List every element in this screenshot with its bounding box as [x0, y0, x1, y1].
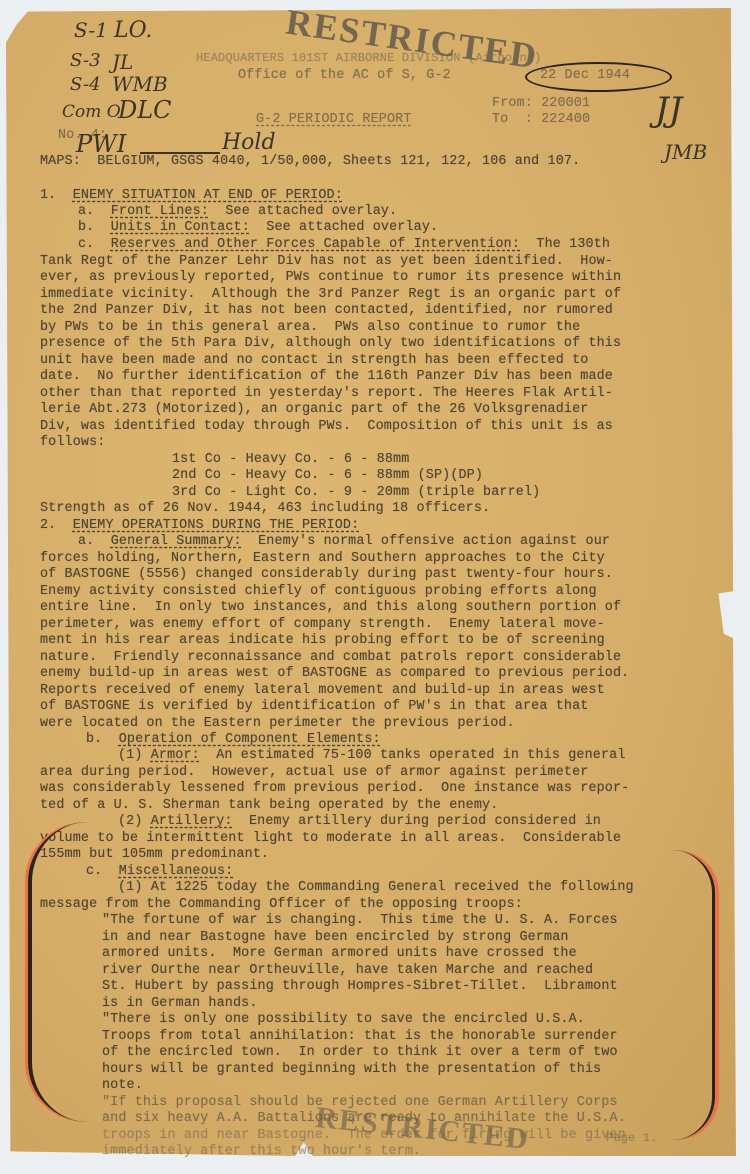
signature-right: JJ — [655, 90, 682, 130]
reserves-text: The 130th — [536, 237, 610, 252]
general-summary-text: Enemy's normal offensive action against … — [258, 534, 610, 549]
initials-s4: WMB — [112, 72, 168, 96]
hold-note: Hold — [222, 130, 276, 155]
page-number: Page 1. — [606, 1130, 657, 1147]
units-contact-label: Units in Contact: — [111, 220, 250, 235]
quote-line: of the encircled town. In order to think… — [102, 1045, 618, 1062]
artillery-label: Artillery: — [151, 814, 233, 829]
hold-underline — [140, 152, 220, 154]
units-contact-text: See attached overlay. — [266, 220, 438, 235]
reserves-line: ever, as previously reported, PWs contin… — [40, 270, 621, 287]
reserves-line: date. No further identification of the 1… — [40, 369, 613, 386]
armor-line: ted of a U. S. Sherman tank being operat… — [40, 798, 498, 815]
quote-line: "There is only one possibility to save t… — [102, 1012, 585, 1029]
from-line: From: 220001 — [492, 96, 590, 113]
quote-line: in and near Bastogne have been encircled… — [102, 930, 569, 947]
operation-components-label: Operation of Component Elements: — [119, 732, 381, 747]
section-1c: c. Reserves and Other Forces Capable of … — [78, 237, 610, 254]
front-lines-label: Front Lines: — [111, 204, 209, 219]
routing-s3: S-3 — [70, 50, 101, 71]
reserves-line: presence of the 5th Para Div, although o… — [40, 336, 621, 353]
section-2a: a. General Summary: Enemy's normal offen… — [78, 534, 610, 551]
summary-line: Enemy activity consisted chiefly of cont… — [40, 584, 597, 601]
routing-com-o: Com O — [62, 102, 121, 122]
section-2-heading-row: 2. ENEMY OPERATIONS DURING THE PERIOD: — [40, 518, 359, 535]
section-1b: b. Units in Contact: See attached overla… — [78, 220, 438, 237]
routing-s1: S-1 — [74, 18, 108, 42]
quote-line: is in German hands. — [102, 996, 258, 1013]
company-line: 3rd Co - Light Co. - 9 - 20mm (triple ba… — [172, 485, 540, 502]
armor-text: An estimated 75-100 tanks operated in th… — [216, 748, 625, 763]
quote-line: troops in and near Bastogne. The order f… — [102, 1128, 626, 1145]
reserves-label: Reserves and Other Forces Capable of Int… — [111, 237, 520, 252]
reserves-line: unit have been made and no contact in st… — [40, 353, 588, 370]
quote-line: armored units. More German armored units… — [102, 946, 577, 963]
quote-line: hours will be granted beginning with the… — [102, 1062, 601, 1079]
section-1-heading: ENEMY SITUATION AT END OF PERIOD: — [73, 188, 343, 203]
initials-s1: LO. — [114, 18, 152, 43]
reserves-line: by PWs to be in this general area. PWs a… — [40, 320, 580, 337]
routing-s4: S-4 — [70, 74, 101, 95]
reserves-line: immediate vicinity. Although the 3rd Pan… — [40, 287, 621, 304]
reserves-line: other than that reported in yesterday's … — [40, 386, 613, 403]
operation-components-row: b. Operation of Component Elements: — [86, 732, 381, 749]
artillery-row: (2) Artillery: Enemy artillery during pe… — [118, 814, 601, 831]
report-title: G-2 PERIODIC REPORT — [256, 112, 412, 129]
quote-line: immediately after this two hour's term. — [102, 1144, 421, 1161]
reserves-line: the 2nd Panzer Div, it has not been cont… — [40, 303, 613, 320]
front-lines-text: See attached overlay. — [225, 204, 397, 219]
strength-line: Strength as of 26 Nov. 1944, 463 includi… — [40, 501, 490, 518]
summary-line: of BASTOGNE (5556) changed considerably … — [40, 567, 613, 584]
summary-line: enemy build-up in areas west of BASTOGNE… — [40, 666, 629, 683]
company-line: 2nd Co - Heavy Co. - 6 - 88mm (SP)(DP) — [172, 468, 483, 485]
miscellaneous-row: c. Miscellaneous: — [86, 864, 233, 881]
artillery-text: Enemy artillery during period considered… — [249, 814, 601, 829]
quote-line: river Ourthe near Ortheuville, have take… — [102, 963, 593, 980]
org-line: HEADQUARTERS 101ST AIRBORNE DIVISION (Ai… — [196, 50, 542, 67]
section-1-heading-row: 1. ENEMY SITUATION AT END OF PERIOD: — [40, 188, 343, 205]
misc-line: message from the Commanding Officer of t… — [40, 897, 523, 914]
summary-line: nature. Friendly reconnaissance and comb… — [40, 650, 621, 667]
summary-line: ment in his rear areas indicate his prob… — [40, 633, 605, 650]
summary-line: were located on the Eastern perimeter th… — [40, 716, 515, 733]
initials-right: JMB — [664, 140, 707, 164]
to-line: To : 222400 — [492, 112, 590, 129]
summary-line: forces holding, Northern, Eastern and So… — [40, 551, 605, 568]
margin-bracket-left — [28, 822, 92, 1122]
section-2-heading: ENEMY OPERATIONS DURING THE PERIOD: — [73, 518, 360, 533]
misc-line: (1) At 1225 today the Commanding General… — [118, 880, 634, 897]
armor-label: Armor: — [151, 748, 200, 763]
summary-line: Reports received of enemy lateral moveme… — [40, 683, 605, 700]
armor-line: area during period. However, actual use … — [40, 765, 588, 782]
margin-bracket-right — [672, 850, 715, 1140]
date-circle-mark — [525, 62, 672, 92]
quote-line: "The fortune of war is changing. This ti… — [102, 913, 618, 930]
miscellaneous-label: Miscellaneous: — [119, 864, 234, 879]
quote-line: Troops from total annihilation: that is … — [102, 1029, 618, 1046]
general-summary-label: General Summary: — [111, 534, 242, 549]
summary-line: of BASTOGNE is verified by identificatio… — [40, 699, 588, 716]
quote-line: and six heavy A.A. Battalions are ready … — [102, 1111, 626, 1128]
office-line: Office of the AC of S, G-2 — [238, 68, 451, 85]
pwi-note: PWI — [76, 130, 126, 158]
initials-com-o: DLC — [118, 96, 172, 124]
armor-line: was considerably lessened from previous … — [40, 781, 629, 798]
summary-line: perimeter, was enemy effort of company s… — [40, 617, 605, 634]
company-line: 1st Co - Heavy Co. - 6 - 88mm — [172, 452, 409, 469]
section-1a: a. Front Lines: See attached overlay. — [78, 204, 397, 221]
reserves-line: lerie Abt.273 (Motorized), an organic pa… — [40, 402, 588, 419]
summary-line: entire line. In only two instances, and … — [40, 600, 621, 617]
armor-row: (1) Armor: An estimated 75-100 tanks ope… — [118, 748, 626, 765]
artillery-line: volume to be intermittent light to moder… — [40, 831, 621, 848]
reserves-line: Div, was identified today through PWs. C… — [40, 419, 613, 436]
quote-line: "If this proposal should be rejected one… — [102, 1095, 618, 1112]
reserves-line: follows: — [40, 435, 106, 452]
initials-s3: JL — [112, 50, 133, 74]
reserves-line: Tank Regt of the Panzer Lehr Div has not… — [40, 254, 613, 271]
quote-line: St. Hubert by passing through Hompres-Si… — [102, 979, 618, 996]
quote-line: note. — [102, 1078, 143, 1095]
